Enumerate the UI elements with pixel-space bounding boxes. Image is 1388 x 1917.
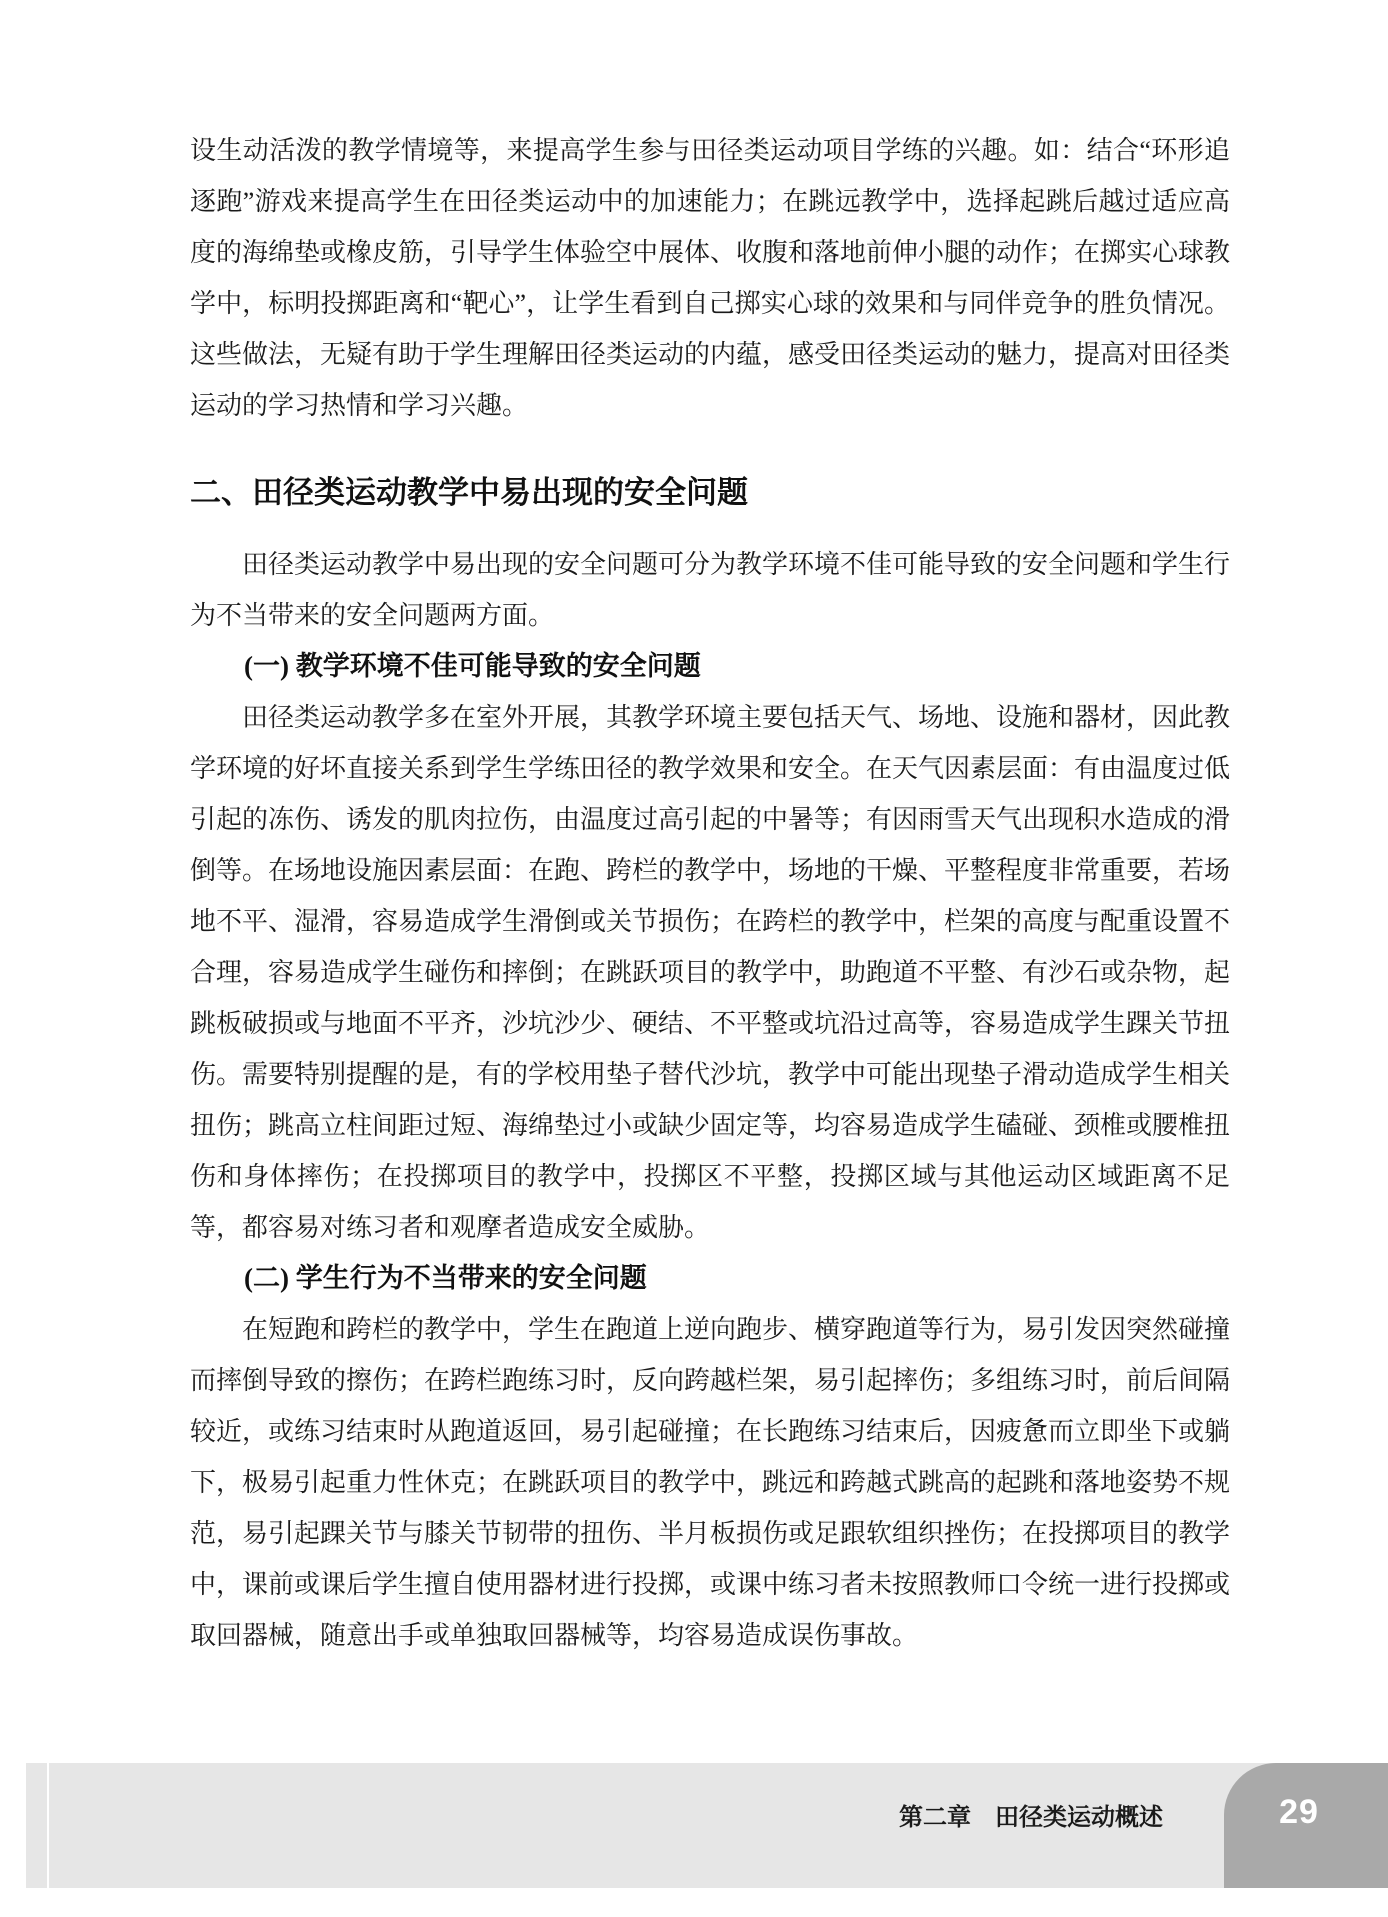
page-number: 29 [1279, 1793, 1319, 1832]
subsection-2-paragraph: 在短跑和跨栏的教学中，学生在跑道上逆向跑步、横穿跑道等行为，易引发因突然碰撞而摔… [190, 1304, 1230, 1661]
page-number-tab: 29 [1224, 1763, 1388, 1888]
intro-paragraph: 设生动活泼的教学情境等，来提高学生参与田径类运动项目学练的兴趣。如：结合“环形追… [190, 125, 1230, 431]
footer-edge-strip [26, 1763, 47, 1888]
subsection-2-heading: (二) 学生行为不当带来的安全问题 [190, 1253, 1230, 1304]
page-content: 设生动活泼的教学情境等，来提高学生参与田径类运动项目学练的兴趣。如：结合“环形追… [190, 125, 1230, 1661]
footer-chapter-title: 第二章 田径类运动概述 [899, 1797, 1163, 1832]
section-intro-paragraph: 田径类运动教学中易出现的安全问题可分为教学环境不佳可能导致的安全问题和学生行为不… [190, 539, 1230, 641]
section-heading: 二、田径类运动教学中易出现的安全问题 [190, 471, 1230, 515]
subsection-1-paragraph: 田径类运动教学多在室外开展，其教学环境主要包括天气、场地、设施和器材，因此教学环… [190, 692, 1230, 1253]
subsection-1-heading: (一) 教学环境不佳可能导致的安全问题 [190, 641, 1230, 692]
book-page: 设生动活泼的教学情境等，来提高学生参与田径类运动项目学练的兴趣。如：结合“环形追… [0, 0, 1388, 1917]
page-footer: 第二章 田径类运动概述 29 [49, 1763, 1388, 1888]
